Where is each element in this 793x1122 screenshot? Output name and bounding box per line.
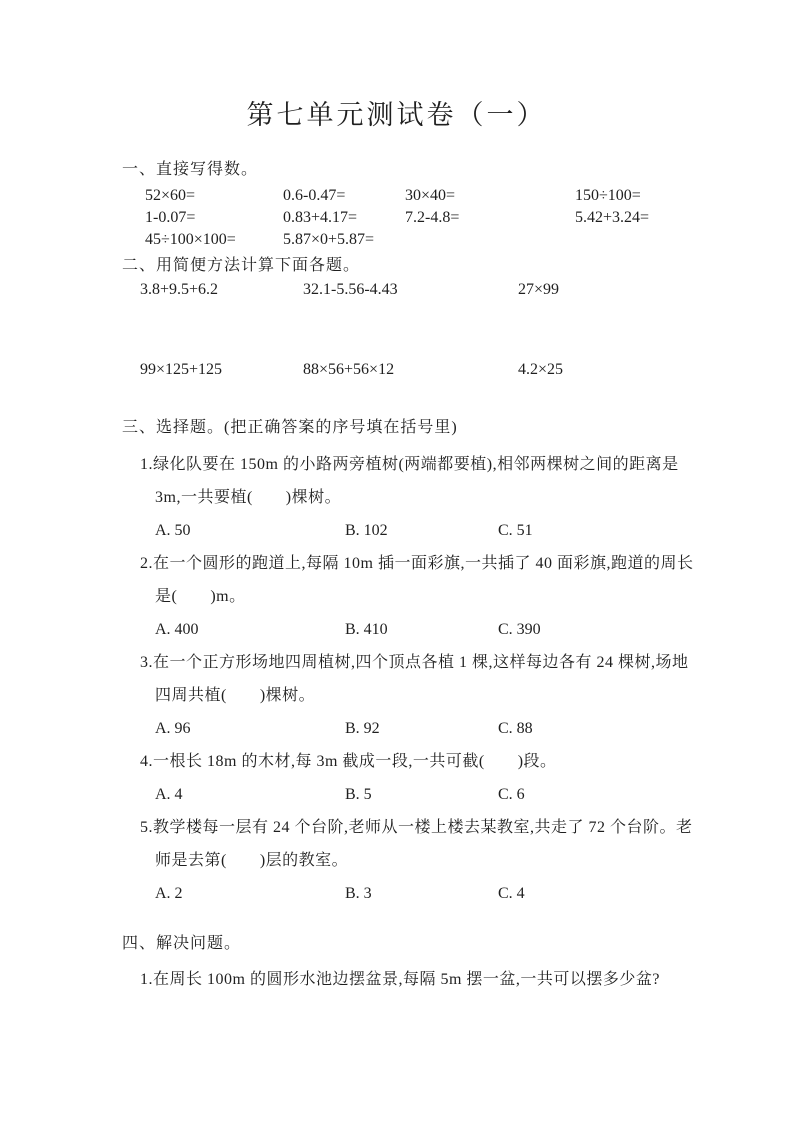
question-text: 2.在一个圆形的跑道上,每隔 10m 插一面彩旗,一共插了 40 面彩旗,跑道的… xyxy=(140,553,698,575)
option-c: C. 6 xyxy=(498,784,793,806)
option-c: C. 4 xyxy=(498,883,793,905)
option-b: B. 92 xyxy=(345,718,498,740)
simplify-row-2: 99×125+125 88×56+56×12 4.2×25 xyxy=(140,359,793,381)
expression: 5.42+3.24= xyxy=(575,207,793,229)
choice-question-4: 4.一根长 18m 的木材,每 3m 截成一段,一共可截( )段。 A. 4 B… xyxy=(0,751,793,806)
expression: 1-0.07= xyxy=(145,207,283,229)
option-b: B. 3 xyxy=(345,883,498,905)
options-row: A. 2 B. 3 C. 4 xyxy=(155,883,793,905)
oral-row-1: 52×60= 0.6-0.47= 30×40= 150÷100= xyxy=(145,185,793,207)
option-a: A. 4 xyxy=(155,784,345,806)
section-oral-calculation: 一、直接写得数。 52×60= 0.6-0.47= 30×40= 150÷100… xyxy=(0,159,793,251)
expression: 4.2×25 xyxy=(518,359,793,381)
oral-row-3: 45÷100×100= 5.87×0+5.87= xyxy=(145,229,793,251)
simplify-row-1: 3.8+9.5+6.2 32.1-5.56-4.43 27×99 xyxy=(140,279,793,301)
options-row: A. 400 B. 410 C. 390 xyxy=(155,619,793,641)
expression: 52×60= xyxy=(145,185,283,207)
choice-question-3: 3.在一个正方形场地四周植树,四个顶点各植 1 棵,这样每边各有 24 棵树,场… xyxy=(0,652,793,740)
question-text: 5.教学楼每一层有 24 个台阶,老师从一楼上楼去某教室,共走了 72 个台阶。… xyxy=(140,817,698,839)
option-a: A. 2 xyxy=(155,883,345,905)
expression xyxy=(575,229,793,251)
question-text: 3.在一个正方形场地四周植树,四个顶点各植 1 棵,这样每边各有 24 棵树,场… xyxy=(140,652,698,674)
expression: 45÷100×100= xyxy=(145,229,283,251)
section4-heading: 四、解决问题。 xyxy=(122,933,793,955)
test-paper-page: 第七单元测试卷（一） 一、直接写得数。 52×60= 0.6-0.47= 30×… xyxy=(0,0,793,1122)
expression: 99×125+125 xyxy=(140,359,303,381)
choice-question-1: 1.绿化队要在 150m 的小路两旁植树(两端都要植),相邻两棵树之间的距离是 … xyxy=(0,454,793,542)
option-b: B. 410 xyxy=(345,619,498,641)
expression: 0.83+4.17= xyxy=(283,207,405,229)
section-multiple-choice: 三、选择题。(把正确答案的序号填在括号里) 1.绿化队要在 150m 的小路两旁… xyxy=(0,417,793,905)
expression: 32.1-5.56-4.43 xyxy=(303,279,518,301)
expression: 7.2-4.8= xyxy=(405,207,575,229)
expression: 3.8+9.5+6.2 xyxy=(140,279,303,301)
expression: 30×40= xyxy=(405,185,575,207)
question-text-continued: 是( )m。 xyxy=(155,586,698,608)
options-row: A. 50 B. 102 C. 51 xyxy=(155,520,793,542)
expression: 0.6-0.47= xyxy=(283,185,405,207)
option-c: C. 390 xyxy=(498,619,793,641)
section3-heading: 三、选择题。(把正确答案的序号填在括号里) xyxy=(122,417,793,439)
options-row: A. 4 B. 5 C. 6 xyxy=(155,784,793,806)
option-a: A. 400 xyxy=(155,619,345,641)
question-text: 4.一根长 18m 的木材,每 3m 截成一段,一共可截( )段。 xyxy=(140,751,698,773)
option-c: C. 88 xyxy=(498,718,793,740)
section-simplified-calculation: 二、用简便方法计算下面各题。 3.8+9.5+6.2 32.1-5.56-4.4… xyxy=(0,255,793,381)
choice-question-2: 2.在一个圆形的跑道上,每隔 10m 插一面彩旗,一共插了 40 面彩旗,跑道的… xyxy=(0,553,793,641)
question-text-continued: 师是去第( )层的教室。 xyxy=(155,850,698,872)
section2-heading: 二、用简便方法计算下面各题。 xyxy=(122,255,793,277)
page-title: 第七单元测试卷（一） xyxy=(0,0,793,135)
expression: 88×56+56×12 xyxy=(303,359,518,381)
section1-heading: 一、直接写得数。 xyxy=(122,159,793,181)
option-a: A. 96 xyxy=(155,718,345,740)
oral-row-2: 1-0.07= 0.83+4.17= 7.2-4.8= 5.42+3.24= xyxy=(145,207,793,229)
question-text-continued: 四周共植( )棵树。 xyxy=(155,685,698,707)
option-a: A. 50 xyxy=(155,520,345,542)
expression xyxy=(405,229,575,251)
question-text-continued: 3m,一共要植( )棵树。 xyxy=(155,487,698,509)
option-c: C. 51 xyxy=(498,520,793,542)
expression: 5.87×0+5.87= xyxy=(283,229,405,251)
option-b: B. 102 xyxy=(345,520,498,542)
options-row: A. 96 B. 92 C. 88 xyxy=(155,718,793,740)
expression: 27×99 xyxy=(518,279,793,301)
choice-question-5: 5.教学楼每一层有 24 个台阶,老师从一楼上楼去某教室,共走了 72 个台阶。… xyxy=(0,817,793,905)
question-text: 1.绿化队要在 150m 的小路两旁植树(两端都要植),相邻两棵树之间的距离是 xyxy=(140,454,698,476)
section-problem-solving: 四、解决问题。 1.在周长 100m 的圆形水池边摆盆景,每隔 5m 摆一盆,一… xyxy=(0,933,793,991)
expression: 150÷100= xyxy=(575,185,793,207)
word-problem-1: 1.在周长 100m 的圆形水池边摆盆景,每隔 5m 摆一盆,一共可以摆多少盆? xyxy=(140,969,793,991)
option-b: B. 5 xyxy=(345,784,498,806)
